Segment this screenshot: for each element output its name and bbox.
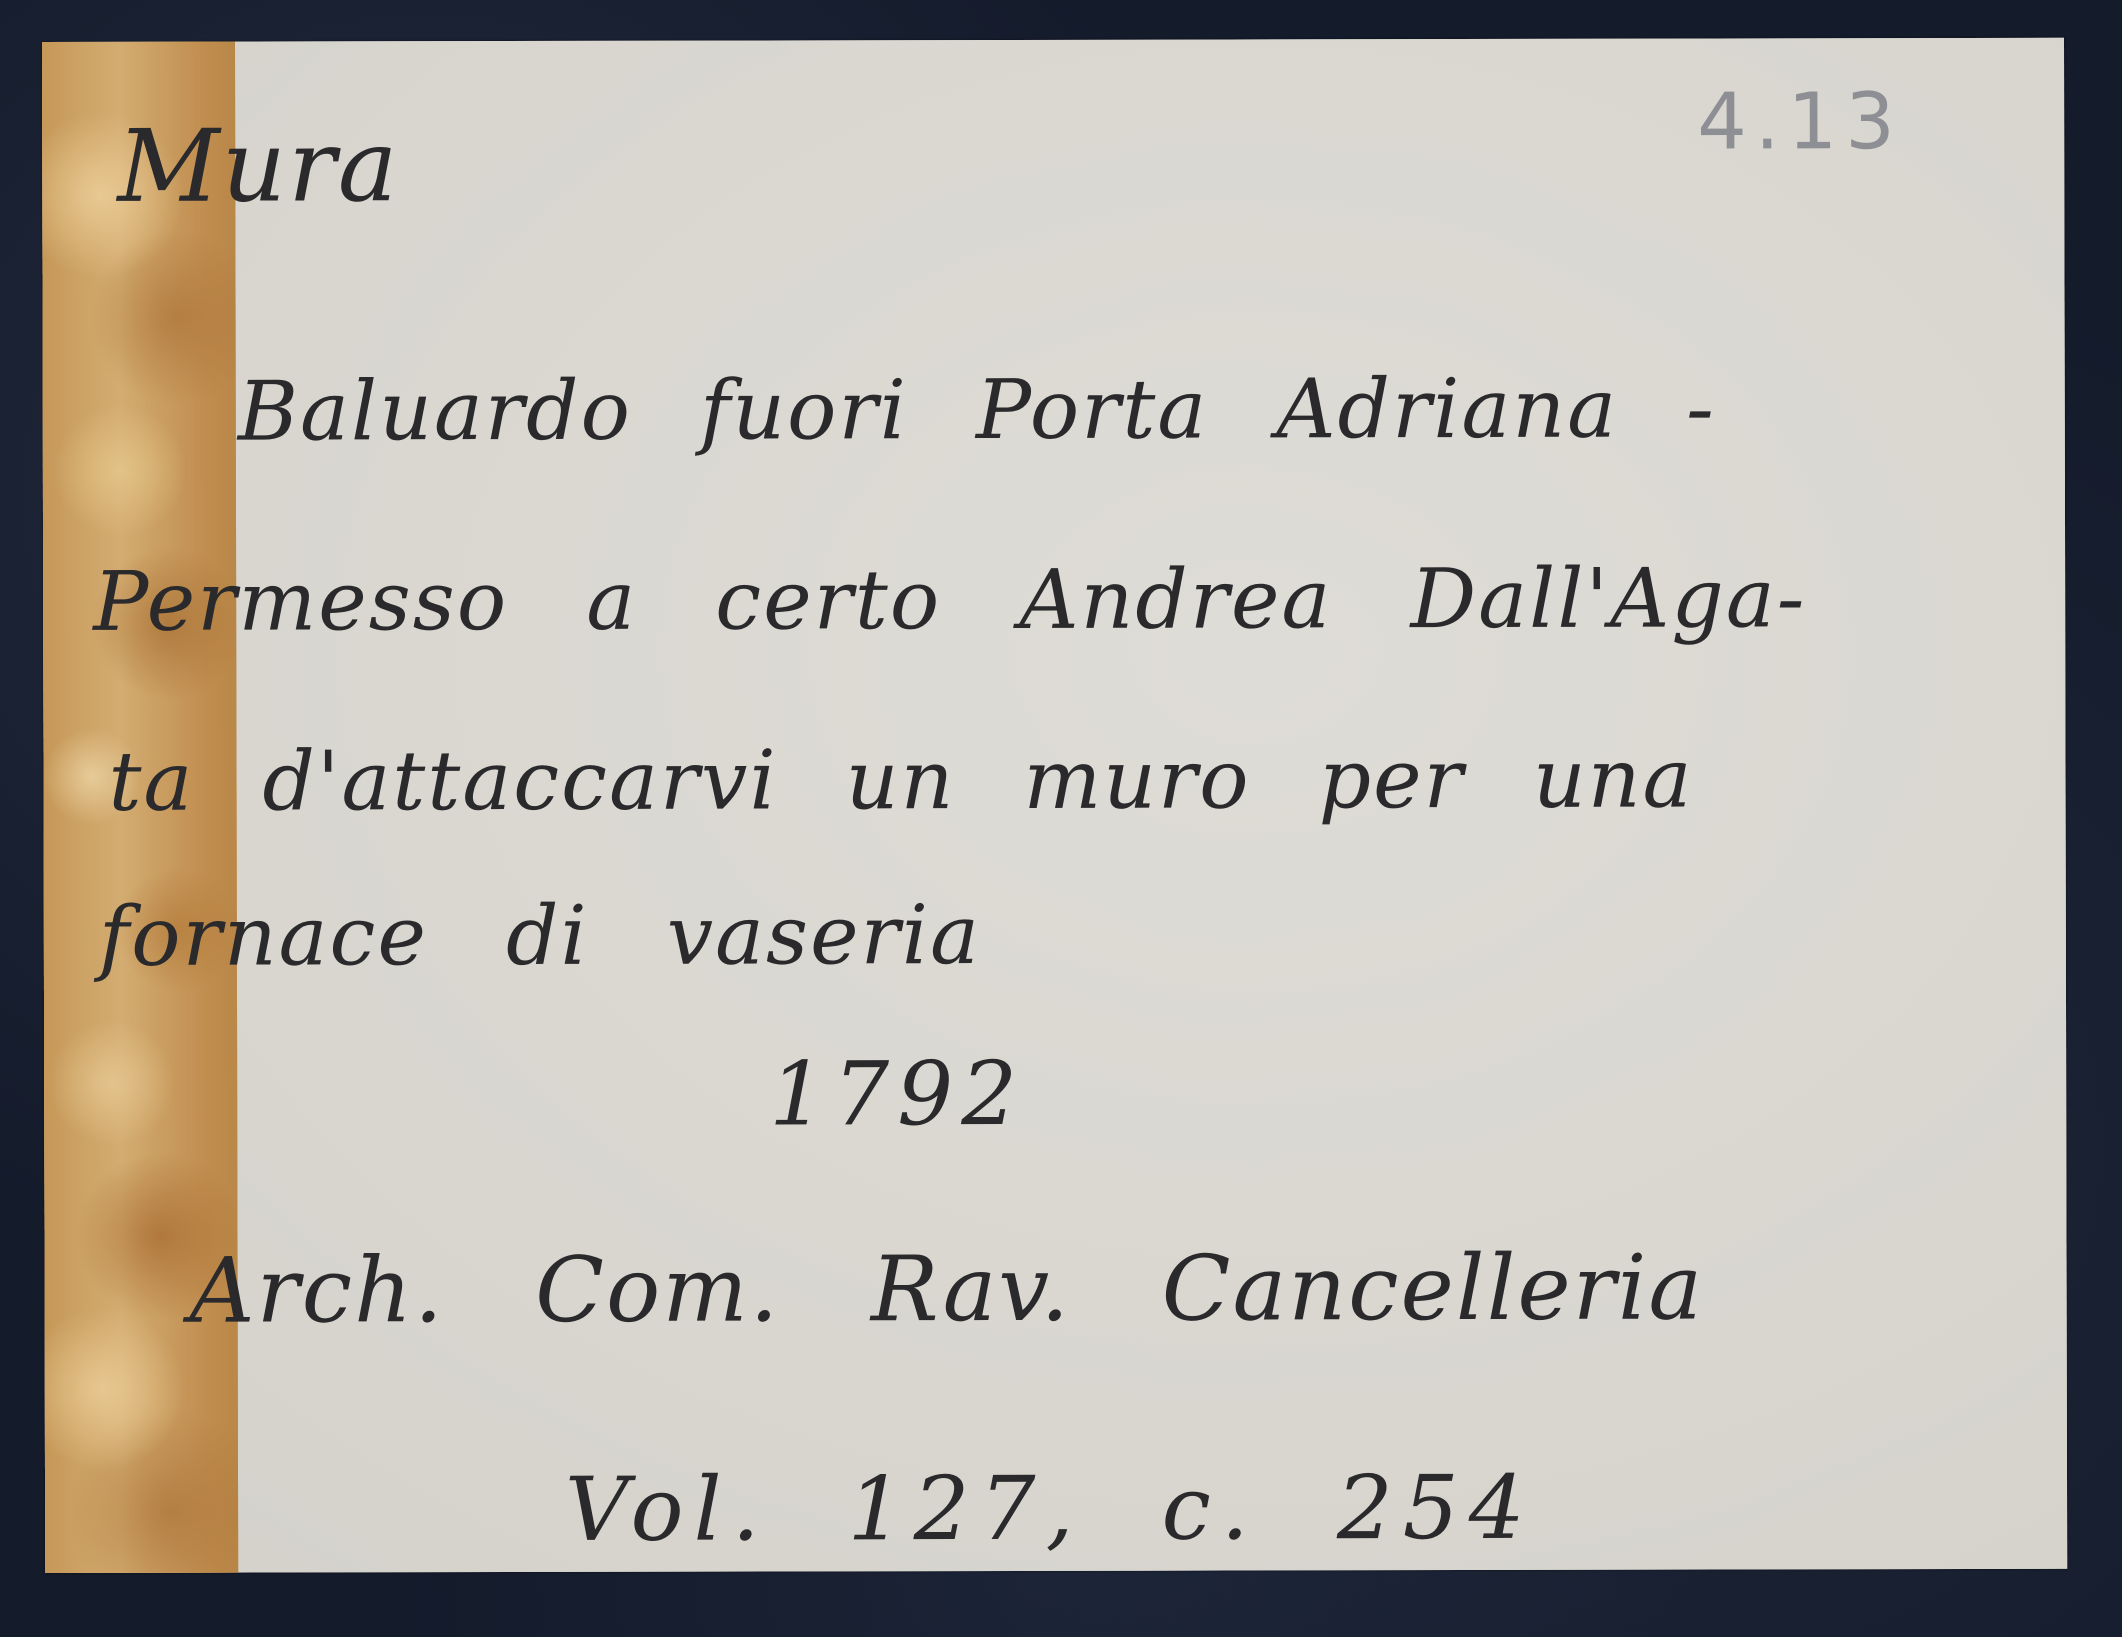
- volume-reference: Vol. 127, c. 254: [565, 1464, 1535, 1554]
- index-card: Mura 4.13 Baluardo fuori Porta Adriana -…: [42, 38, 2067, 1573]
- document-year: 1792: [769, 1050, 1025, 1139]
- pencil-reference-number: 4.13: [1697, 83, 1903, 161]
- body-line-2: Permesso a certo Andrea Dall'Aga-: [93, 558, 1806, 644]
- archive-reference: Arch. Com. Rav. Cancelleria: [190, 1244, 1705, 1337]
- body-line-4: fornace di vaseria: [99, 895, 981, 979]
- body-line-1: Baluardo fuori Porta Adriana -: [238, 368, 1716, 453]
- body-line-3: ta d'attaccarvi un muro per una: [108, 739, 1693, 824]
- card-heading: Mura: [117, 116, 399, 217]
